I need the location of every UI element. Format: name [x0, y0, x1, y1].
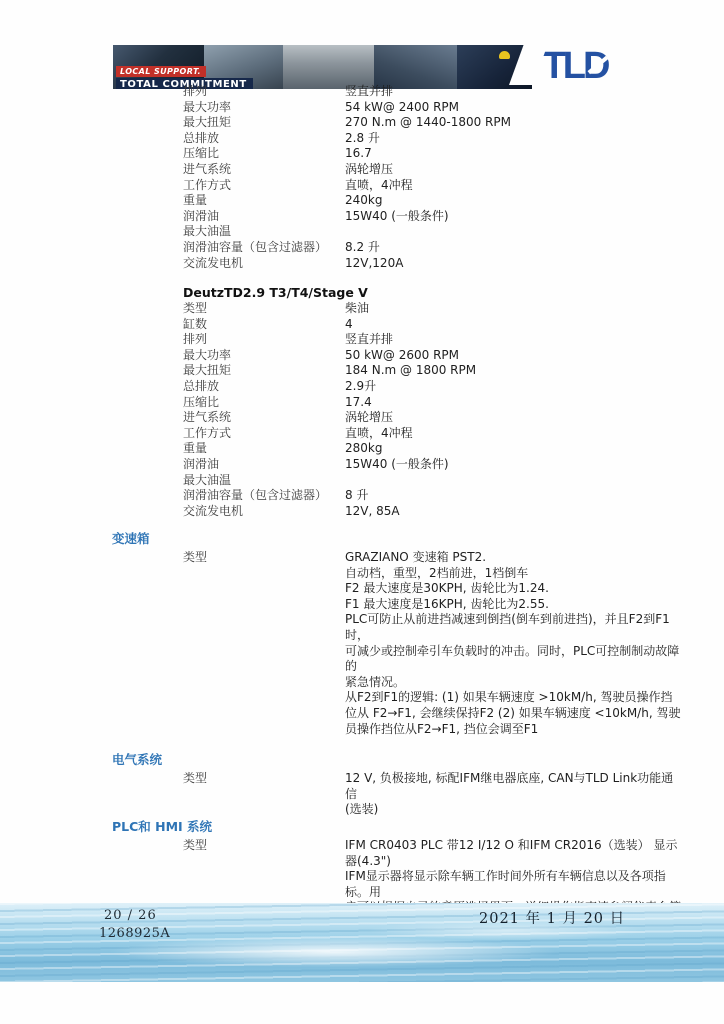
spec-label: 工作方式 [183, 178, 345, 194]
spec-label: 润滑油容量（包含过滤器） [183, 488, 345, 504]
spec-label: 润滑油 [183, 457, 345, 473]
spec-label: 最大扭矩 [183, 115, 345, 131]
document-date: 2021 年 1 月 20 日 [479, 907, 625, 928]
slogan-local-support: LOCAL SUPPORT. [116, 66, 206, 77]
spec-row: 重量240kg [183, 193, 683, 209]
banner-photo-segment [283, 45, 374, 89]
spec-row: 最大油温 [183, 473, 683, 489]
spec-label: 压缩比 [183, 395, 345, 411]
spec-row: 压缩比16.7 [183, 146, 683, 162]
spec-label: 缸数 [183, 317, 345, 333]
spec-row: 最大功率54 kW@ 2400 RPM [183, 100, 683, 116]
value-line: 自动档，重型，2档前进，1档倒车 [345, 566, 684, 582]
spec-label: 最大油温 [183, 473, 345, 489]
banner-photo-segment [374, 45, 457, 89]
spec-value [345, 224, 683, 240]
spec-value: 8.2 升 [345, 240, 683, 256]
spec-label: 压缩比 [183, 146, 345, 162]
spec-value: 12V,120A [345, 256, 683, 272]
value-line: F1 最大速度是16KPH, 齿轮比为2.55. [345, 597, 684, 613]
spec-label: 类型 [183, 301, 345, 317]
value-line: 可减少或控制牵引车负载时的冲击。同时，PLC可控制制动故障的 [345, 644, 684, 675]
spec-label: 类型 [183, 550, 345, 737]
spec-label: 进气系统 [183, 162, 345, 178]
spec-value: 柴油 [345, 301, 683, 317]
section-heading: 电气系统 [112, 752, 684, 768]
spec-row: 交流发电机12V,120A [183, 256, 683, 272]
spec-row: 排列竖直并排 [183, 332, 683, 348]
section: 变速箱类型GRAZIANO 变速箱 PST2.自动档，重型，2档前进，1档倒车F… [112, 531, 684, 737]
value-line: 12 V, 负极接地, 标配IFM继电器底座, CAN与TLD Link功能通信 [345, 771, 684, 802]
value-line: 员操作挡位从F2→F1, 挡位会调至F1 [345, 722, 684, 738]
section-heading: 变速箱 [112, 531, 684, 547]
spec-row: 进气系统涡轮增压 [183, 162, 683, 178]
spec-label: 最大油温 [183, 224, 345, 240]
spec-value: 240kg [345, 193, 683, 209]
spec-row: 类型GRAZIANO 变速箱 PST2.自动档，重型，2档前进，1档倒车F2 最… [112, 550, 684, 737]
spec-value: GRAZIANO 变速箱 PST2.自动档，重型，2档前进，1档倒车F2 最大速… [345, 550, 684, 737]
banner-photo-collage: LOCAL SUPPORT. TOTAL COMMITMENT [113, 45, 532, 89]
spec-value: 270 N.m @ 1440-1800 RPM [345, 115, 683, 131]
section-heading: PLC和 HMI 系统 [112, 819, 684, 835]
value-line: GRAZIANO 变速箱 PST2. [345, 550, 684, 566]
spec-row: 工作方式直喷，4冲程 [183, 426, 683, 442]
engine1-spec-block: 排列竖直并排最大功率54 kW@ 2400 RPM最大扭矩270 N.m @ 1… [183, 84, 683, 271]
spec-label: 重量 [183, 441, 345, 457]
spec-row: 最大扭矩184 N.m @ 1800 RPM [183, 363, 683, 379]
spec-row: 最大油温 [183, 224, 683, 240]
page-number: 20 / 26 [104, 908, 157, 923]
spec-row: 压缩比17.4 [183, 395, 683, 411]
spec-label: 总排放 [183, 379, 345, 395]
spec-value: 直喷，4冲程 [345, 426, 683, 442]
spec-row: 总排放2.9升 [183, 379, 683, 395]
document-page: LOCAL SUPPORT. TOTAL COMMITMENT TLD 排列竖直… [0, 0, 724, 1024]
value-line: IFM显示器将显示除车辆工作时间外所有车辆信息以及各项指标。用 [345, 869, 684, 900]
spec-value: 竖直并排 [345, 332, 683, 348]
spec-row: 总排放2.8 升 [183, 131, 683, 147]
spec-label: 总排放 [183, 131, 345, 147]
spec-value: 2.8 升 [345, 131, 683, 147]
spec-row: 类型12 V, 负极接地, 标配IFM继电器底座, CAN与TLD Link功能… [112, 771, 684, 818]
section: 电气系统类型12 V, 负极接地, 标配IFM继电器底座, CAN与TLD Li… [112, 752, 684, 818]
value-line: (选装) [345, 802, 684, 818]
spec-value: 竖直并排 [345, 84, 683, 100]
spec-value: 184 N.m @ 1800 RPM [345, 363, 683, 379]
spec-row: 最大扭矩270 N.m @ 1440-1800 RPM [183, 115, 683, 131]
spec-label: 工作方式 [183, 426, 345, 442]
spec-label: 润滑油容量（包含过滤器） [183, 240, 345, 256]
value-line: 位从 F2→F1, 会继续保持F2 (2) 如果车辆速度 <10kM/h, 驾驶 [345, 706, 684, 722]
spec-value: 17.4 [345, 395, 683, 411]
spec-row: 类型柴油 [183, 301, 683, 317]
spec-value: 4 [345, 317, 683, 333]
spec-value: 12 V, 负极接地, 标配IFM继电器底座, CAN与TLD Link功能通信… [345, 771, 684, 818]
spec-row: 工作方式直喷，4冲程 [183, 178, 683, 194]
spec-row: 润滑油15W40 (一般条件) [183, 457, 683, 473]
spec-label: 排列 [183, 332, 345, 348]
spec-row: 润滑油容量（包含过滤器）8.2 升 [183, 240, 683, 256]
spec-value [345, 473, 683, 489]
spec-value: 涡轮增压 [345, 410, 683, 426]
spec-value: 50 kW@ 2600 RPM [345, 348, 683, 364]
spec-row: 排列竖直并排 [183, 84, 683, 100]
value-line: 紧急情况。 [345, 675, 684, 691]
spec-row: 润滑油15W40 (一般条件) [183, 209, 683, 225]
spec-label: 排列 [183, 84, 345, 100]
spec-label: 最大功率 [183, 348, 345, 364]
spec-row: 最大功率50 kW@ 2600 RPM [183, 348, 683, 364]
value-line: 器(4.3") [345, 854, 684, 870]
engine2-spec-block: 类型柴油缸数4排列竖直并排最大功率50 kW@ 2600 RPM最大扭矩184 … [183, 301, 683, 519]
spec-value: 2.9升 [345, 379, 683, 395]
spec-row: 重量280kg [183, 441, 683, 457]
spec-label: 润滑油 [183, 209, 345, 225]
spec-label: 交流发电机 [183, 256, 345, 272]
spec-value: 16.7 [345, 146, 683, 162]
spec-label: 最大功率 [183, 100, 345, 116]
document-number: 1268925A [99, 926, 170, 941]
spec-value: 12V, 85A [345, 504, 683, 520]
spec-row: 交流发电机12V, 85A [183, 504, 683, 520]
spec-label: 重量 [183, 193, 345, 209]
value-line: 从F2到F1的逻辑: (1) 如果车辆速度 >10kM/h, 驾驶员操作挡 [345, 690, 684, 706]
spec-label: 类型 [183, 771, 345, 818]
spec-value: 54 kW@ 2400 RPM [345, 100, 683, 116]
value-line: F2 最大速度是30KPH, 齿轮比为1.24. [345, 581, 684, 597]
spec-value: 280kg [345, 441, 683, 457]
spec-label: 最大扭矩 [183, 363, 345, 379]
spec-value: 15W40 (一般条件) [345, 457, 683, 473]
spec-value: 涡轮增压 [345, 162, 683, 178]
spec-row: 进气系统涡轮增压 [183, 410, 683, 426]
spec-value: 直喷，4冲程 [345, 178, 683, 194]
header-banner: LOCAL SUPPORT. TOTAL COMMITMENT TLD [113, 45, 618, 89]
value-line: IFM CR0403 PLC 带12 I/12 O 和IFM CR2016（选装… [345, 838, 684, 854]
worker-helmet-detail [499, 51, 510, 59]
spec-value: 15W40 (一般条件) [345, 209, 683, 225]
spec-row: 缸数4 [183, 317, 683, 333]
spec-label: 进气系统 [183, 410, 345, 426]
spec-label: 交流发电机 [183, 504, 345, 520]
value-line: PLC可防止从前进挡减速到倒挡(倒车到前进挡)，并且F2到F1时， [345, 612, 684, 643]
engine2-title: DeutzTD2.9 T3/T4/Stage V [183, 285, 368, 300]
spec-row: 润滑油容量（包含过滤器）8 升 [183, 488, 683, 504]
spec-value: 8 升 [345, 488, 683, 504]
